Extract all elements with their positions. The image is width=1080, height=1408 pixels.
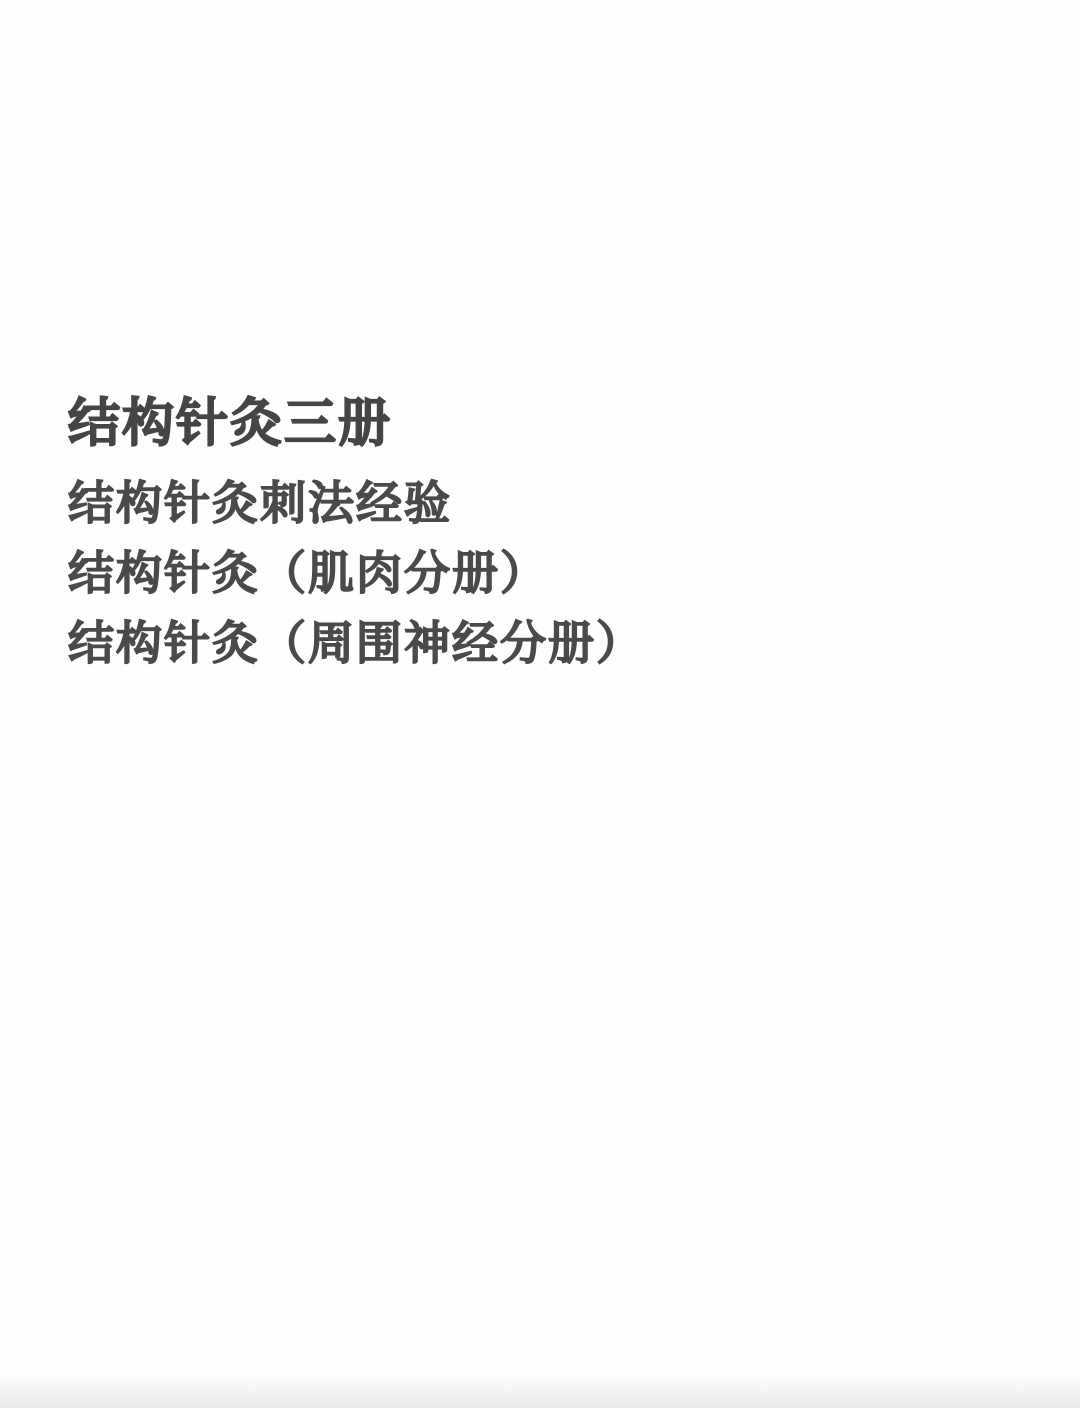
document-page: 结构针灸三册 结构针灸刺法经验 结构针灸（肌肉分册） 结构针灸（周围神经分册）: [0, 0, 1080, 1408]
page-bottom-edge-shadow: [0, 1372, 1080, 1408]
page-title: 结构针灸三册: [68, 398, 644, 450]
list-item: 结构针灸刺法经验: [68, 480, 644, 526]
list-item: 结构针灸（周围神经分册）: [68, 620, 644, 666]
list-item: 结构针灸（肌肉分册）: [68, 550, 644, 596]
book-list: 结构针灸三册 结构针灸刺法经验 结构针灸（肌肉分册） 结构针灸（周围神经分册）: [68, 398, 644, 690]
